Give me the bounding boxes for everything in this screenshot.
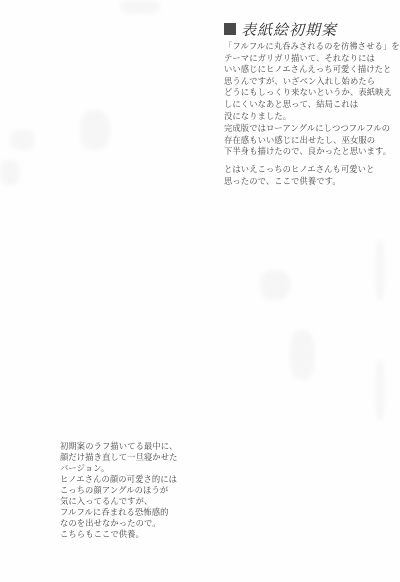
- text-line: 完成版ではローアングルにしつつフルフルの: [224, 123, 391, 135]
- bleed-through-mark: [375, 360, 385, 420]
- text-line: どうにもしっくり来ないというか、表紙映え: [224, 87, 400, 99]
- commentary-bottom: 初期案のラフ描いてる最中に、 顔だけ描き直して一旦寝かせた バージョン。 ヒノエ…: [60, 441, 178, 540]
- text-line: ヒノエさんの顔の可愛さ的には: [60, 474, 178, 485]
- bleed-through-mark: [260, 270, 290, 300]
- heading-title: 表紙絵初期案: [241, 19, 337, 40]
- commentary-paragraph-2: 完成版ではローアングルにしつつフルフルの 存在感もいい感じに出せたし、巫女服の …: [224, 123, 391, 158]
- bleed-through-mark: [290, 330, 315, 380]
- text-line: 下半身も描けたので、良かったと思います。: [224, 146, 391, 158]
- text-line: テーマにガリガリ描いて、それなりには: [224, 53, 400, 65]
- text-line: フルフルに呑まれる恐怖感的: [60, 507, 178, 518]
- text-line: バージョン。: [60, 463, 178, 474]
- bleed-through-mark: [10, 130, 35, 150]
- bleed-through-mark: [120, 0, 160, 14]
- bleed-through-mark: [375, 240, 385, 300]
- text-line: 「フルフルに丸呑みされるのを彷彿させる」を: [224, 41, 400, 53]
- text-line: なのを出せなかったので。: [60, 518, 178, 529]
- section-heading: 表紙絵初期案: [224, 20, 337, 38]
- text-line: 思ったので、ここで供養です。: [224, 176, 374, 188]
- text-line: こちらもここで供養。: [60, 529, 178, 540]
- text-line: いい感じにヒノエさんえっち可愛く描けたと: [224, 64, 400, 76]
- text-line: 気に入ってるんですが、: [60, 496, 178, 507]
- bleed-through-mark: [80, 110, 110, 150]
- text-line: こっちの顔アングルのほうが: [60, 485, 178, 496]
- square-bullet-icon: [224, 23, 236, 35]
- text-line: とはいえこっちのヒノエさんも可愛いと: [224, 164, 374, 176]
- text-line: 思うんですが、いざペン入れし始めたら: [224, 76, 400, 88]
- scanned-page: 表紙絵初期案 「フルフルに丸呑みされるのを彷彿させる」を テーマにガリガリ描いて…: [0, 0, 400, 582]
- commentary-paragraph-1: 「フルフルに丸呑みされるのを彷彿させる」を テーマにガリガリ描いて、それなりには…: [224, 41, 400, 122]
- text-line: 存在感もいい感じに出せたし、巫女服の: [224, 135, 391, 147]
- text-line: 顔だけ描き直して一旦寝かせた: [60, 452, 178, 463]
- text-line: 没になりました。: [224, 111, 400, 123]
- bleed-through-mark: [0, 160, 20, 185]
- text-line: 初期案のラフ描いてる最中に、: [60, 441, 178, 452]
- text-line: しにくいなあと思って、結局これは: [224, 99, 400, 111]
- commentary-paragraph-3: とはいえこっちのヒノエさんも可愛いと 思ったので、ここで供養です。: [224, 164, 374, 187]
